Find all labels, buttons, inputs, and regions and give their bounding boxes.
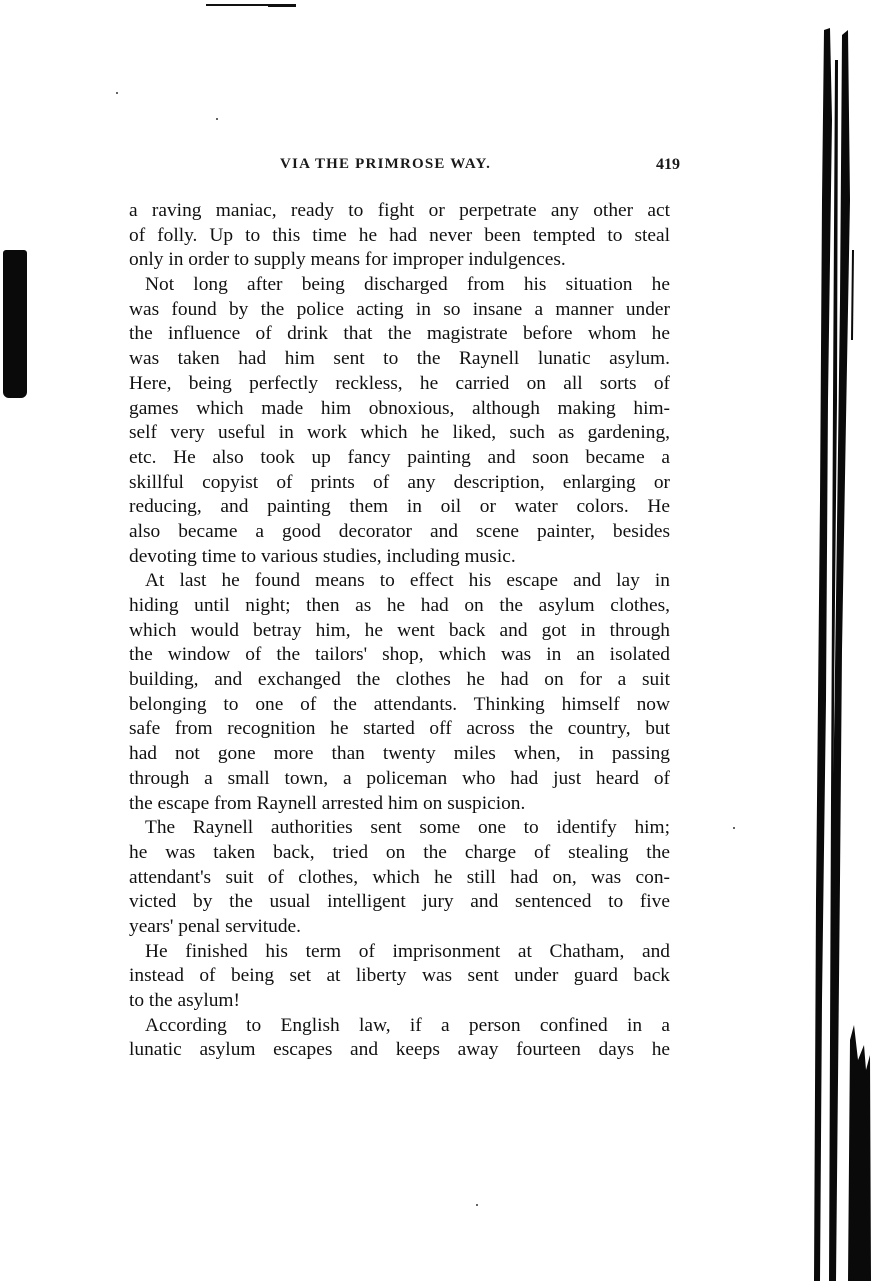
text-line: The Raynell authorities sent some one to…: [129, 816, 670, 841]
text-line: had not gone more than twenty miles when…: [129, 742, 670, 767]
text-line: He finished his term of imprisonment at …: [129, 940, 670, 965]
text-line: According to English law, if a person co…: [129, 1014, 670, 1039]
text-line: self very useful in work which he liked,…: [129, 421, 670, 446]
text-line: of folly. Up to this time he had never b…: [129, 224, 670, 249]
text-line: years' penal servitude.: [129, 915, 670, 940]
text-line: building, and exchanged the clothes he h…: [129, 668, 670, 693]
text-line: was taken had him sent to the Raynell lu…: [129, 347, 670, 372]
text-line: he was taken back, tried on the charge o…: [129, 841, 670, 866]
scan-right-binding-shadow: [790, 0, 871, 1281]
page-number: 419: [656, 156, 680, 174]
text-line: which would betray him, he went back and…: [129, 619, 670, 644]
text-line: reducing, and painting them in oil or wa…: [129, 495, 670, 520]
text-line: Here, being perfectly reckless, he carri…: [129, 372, 670, 397]
text-line: attendant's suit of clothes, which he st…: [129, 866, 670, 891]
text-line: belonging to one of the attendants. Thin…: [129, 693, 670, 718]
text-line: hiding until night; then as he had on th…: [129, 594, 670, 619]
text-line: etc. He also took up fancy painting and …: [129, 446, 670, 471]
text-line: safe from recognition he started off acr…: [129, 717, 670, 742]
text-line: the influence of drink that the magistra…: [129, 322, 670, 347]
scan-top-rule-thick: [268, 4, 296, 7]
scan-speck: [216, 118, 218, 120]
text-line: Not long after being discharged from his…: [129, 273, 670, 298]
text-line: games which made him obnoxious, although…: [129, 397, 670, 422]
text-line: to the asylum!: [129, 989, 670, 1014]
text-line: victed by the usual intelligent jury and…: [129, 890, 670, 915]
scan-left-edge-shadow: [3, 250, 27, 398]
running-head: VIA THE PRIMROSE WAY. 419: [280, 156, 680, 180]
text-line: skillful copyist of prints of any descri…: [129, 471, 670, 496]
text-line: the escape from Raynell arrested him on …: [129, 792, 670, 817]
text-line: also became a good decorator and scene p…: [129, 520, 670, 545]
text-line: a raving maniac, ready to fight or perpe…: [129, 199, 670, 224]
text-line: devoting time to various studies, includ…: [129, 545, 670, 570]
text-line: the window of the tailors' shop, which w…: [129, 643, 670, 668]
text-line: lunatic asylum escapes and keeps away fo…: [129, 1038, 670, 1063]
running-head-title: VIA THE PRIMROSE WAY.: [280, 156, 491, 173]
text-line: At last he found means to effect his esc…: [129, 569, 670, 594]
text-line: through a small town, a policeman who ha…: [129, 767, 670, 792]
scan-speck: [733, 827, 735, 829]
body-text: a raving maniac, ready to fight or perpe…: [129, 199, 670, 1063]
scan-speck: [116, 92, 118, 94]
text-line: instead of being set at liberty was sent…: [129, 964, 670, 989]
text-line: was found by the police acting in so ins…: [129, 298, 670, 323]
scan-speck: [476, 1204, 478, 1206]
text-line: only in order to supply means for improp…: [129, 248, 670, 273]
